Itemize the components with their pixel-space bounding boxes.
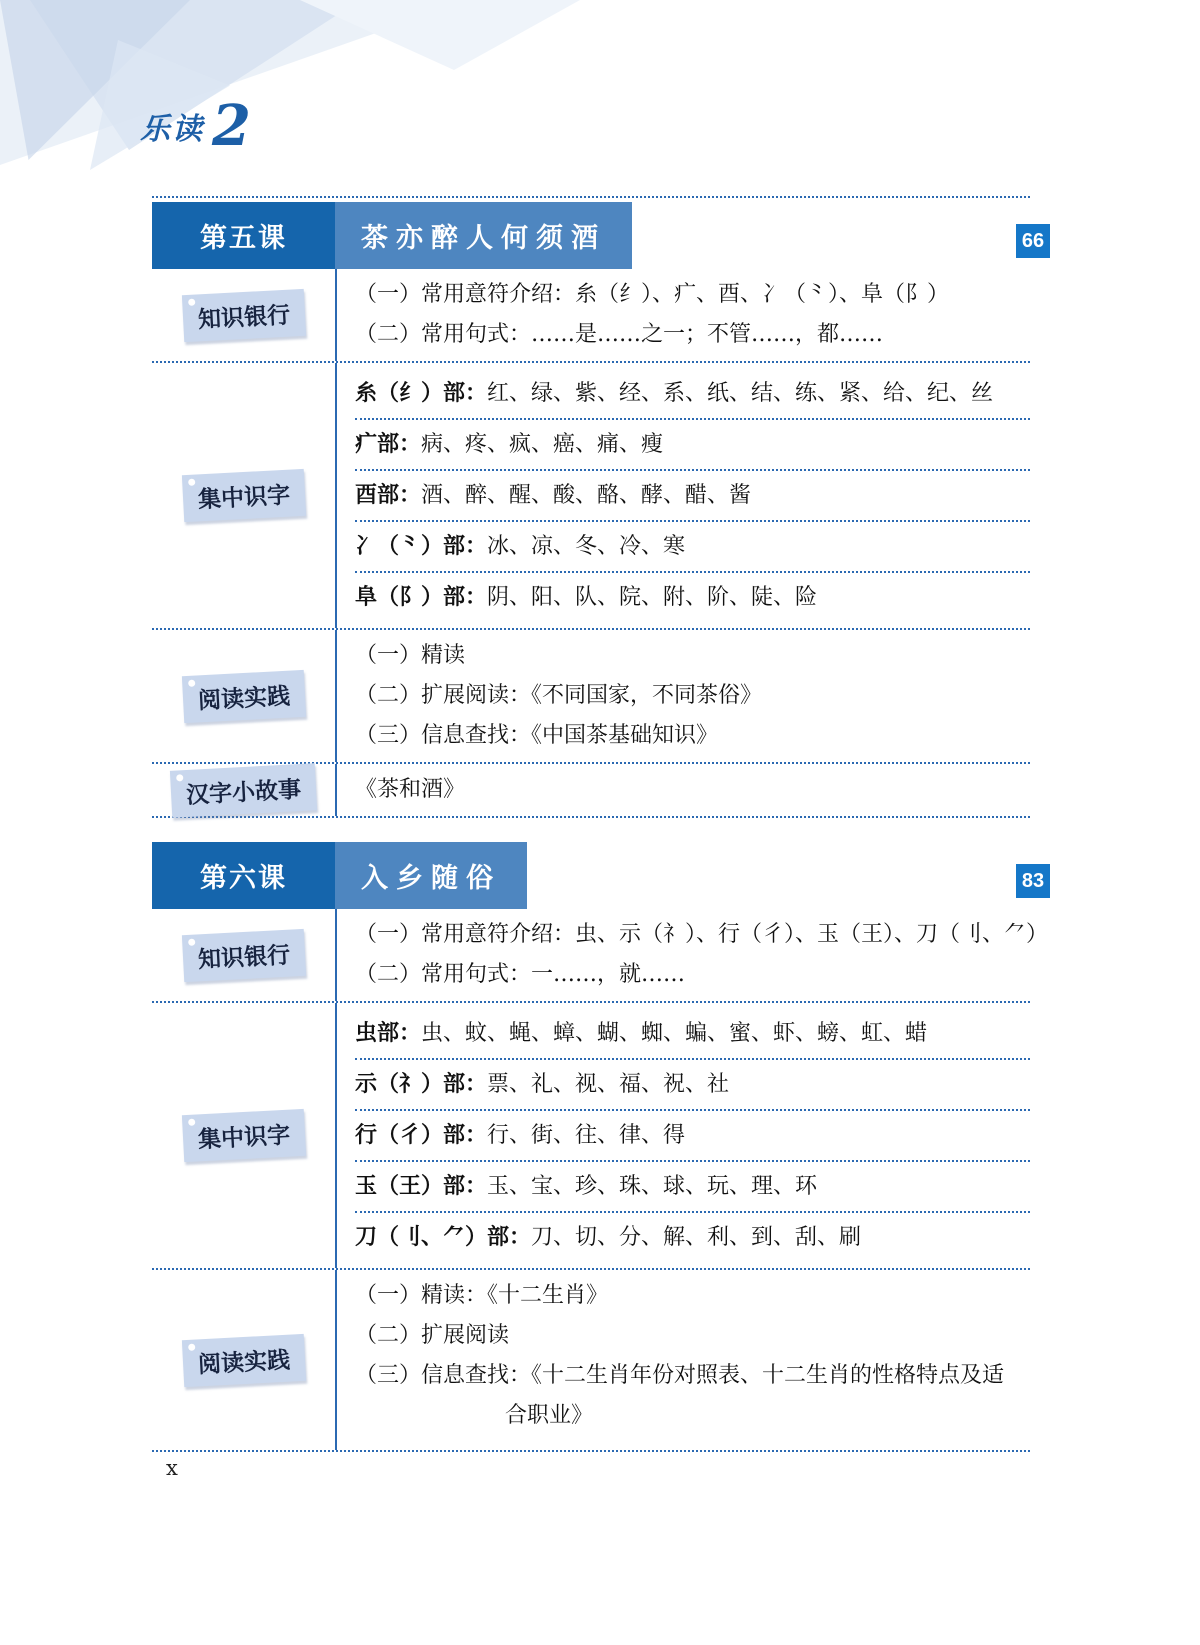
radical-prefix: 示（礻）部： — [355, 1071, 487, 1096]
section-content: （一）常用意符介绍：虫、示（礻）、行（彳）、玉（王）、刀（刂、⺈） （二）常用句… — [335, 909, 1048, 1001]
section-reading-practice: 阅读实践 （一）精读 （二）扩展阅读：《不同国家，不同茶俗》 （三）信息查找：《… — [152, 628, 1030, 762]
section-character-story: 汉字小故事 《茶和酒》 — [152, 762, 1030, 816]
radical-row: 虫部：虫、蚊、蝇、蟑、蝴、蜘、蝙、蜜、虾、螃、虹、蜡 — [355, 1009, 1030, 1058]
content-line: （二）常用句式：……是……之一；不管……，都…… — [355, 315, 1030, 355]
section-content: （一）常用意符介绍：糸（纟）、疒、酉、冫（⺀）、阜（阝） （二）常用句式：……是… — [335, 269, 1030, 361]
radical-prefix: 糸（纟）部： — [355, 380, 487, 405]
radical-row: 酉部：酒、醉、醒、酸、酪、酵、醋、酱 — [355, 469, 1030, 520]
lesson-title: 入乡随俗 — [335, 842, 527, 909]
book-logo: 乐读 2 — [140, 98, 251, 154]
radical-row: 刀（刂、⺈）部：刀、切、分、解、利、到、刮、刷 — [355, 1211, 1030, 1262]
footer-page-number: x — [166, 1456, 178, 1480]
radical-row: 行（彳）部：行、街、往、律、得 — [355, 1109, 1030, 1160]
content-line: （三）信息查找：《十二生肖年份对照表、十二生肖的性格特点及适 — [355, 1356, 1030, 1396]
radical-prefix: 虫部： — [355, 1020, 421, 1045]
content-line: （二）扩展阅读 — [355, 1316, 1030, 1356]
section-content: 糸（纟）部：红、绿、紫、经、系、纸、结、练、紧、给、纪、丝 疒部：病、疼、疯、癌… — [335, 363, 1030, 628]
book-logo-number: 2 — [212, 98, 251, 154]
section-label: 集中识字 — [152, 1003, 335, 1268]
section-label: 知识银行 — [152, 909, 335, 1001]
page-number-badge: 66 — [1016, 224, 1050, 258]
radical-chars: 行、街、往、律、得 — [487, 1123, 685, 1148]
radical-prefix: 冫（⺀）部： — [355, 533, 487, 558]
radical-row: 疒部：病、疼、疯、癌、痛、瘦 — [355, 418, 1030, 469]
radical-chars: 阴、阳、队、院、附、阶、陡、险 — [487, 585, 817, 610]
section-label: 集中识字 — [152, 363, 335, 628]
section-character-study: 集中识字 虫部：虫、蚊、蝇、蟑、蝴、蜘、蝙、蜜、虾、螃、虹、蜡 示（礻）部：票、… — [152, 1001, 1030, 1268]
radical-chars: 票、礼、视、福、祝、社 — [487, 1072, 729, 1097]
radical-chars: 酒、醉、醒、酸、酪、酵、醋、酱 — [421, 483, 751, 508]
radical-prefix: 玉（王）部： — [355, 1173, 487, 1198]
book-logo-text: 乐读 — [140, 104, 204, 148]
section-label: 阅读实践 — [152, 1270, 335, 1450]
content-line: （一）常用意符介绍：虫、示（礻）、行（彳）、玉（王）、刀（刂、⺈） — [355, 915, 1048, 955]
section-label: 汉字小故事 — [152, 764, 335, 816]
lesson-header: 第六课 入乡随俗 83 — [152, 842, 1030, 909]
section-label-tag: 阅读实践 — [181, 669, 305, 722]
section-knowledge-bank: 知识银行 （一）常用意符介绍：糸（纟）、疒、酉、冫（⺀）、阜（阝） （二）常用句… — [152, 269, 1030, 361]
lesson-card-6: 第六课 入乡随俗 83 知识银行 （一）常用意符介绍：虫、示（礻）、行（彳）、玉… — [152, 842, 1030, 1452]
content-line: （一）常用意符介绍：糸（纟）、疒、酉、冫（⺀）、阜（阝） — [355, 275, 1030, 315]
radical-prefix: 阜（阝）部： — [355, 584, 487, 609]
page-number-badge: 83 — [1016, 864, 1050, 898]
section-knowledge-bank: 知识银行 （一）常用意符介绍：虫、示（礻）、行（彳）、玉（王）、刀（刂、⺈） （… — [152, 909, 1030, 1001]
section-label-tag: 集中识字 — [181, 469, 305, 522]
radical-prefix: 疒部： — [355, 431, 421, 456]
section-label: 知识银行 — [152, 269, 335, 361]
radical-row: 示（礻）部：票、礼、视、福、祝、社 — [355, 1058, 1030, 1109]
section-label-tag: 知识银行 — [181, 288, 305, 341]
content-line: （三）信息查找：《中国茶基础知识》 — [355, 716, 1030, 756]
section-content: 虫部：虫、蚊、蝇、蟑、蝴、蜘、蝙、蜜、虾、螃、虹、蜡 示（礻）部：票、礼、视、福… — [335, 1003, 1030, 1268]
radical-prefix: 酉部： — [355, 482, 421, 507]
section-character-study: 集中识字 糸（纟）部：红、绿、紫、经、系、纸、结、练、紧、给、纪、丝 疒部：病、… — [152, 361, 1030, 628]
section-label-tag: 阅读实践 — [181, 1333, 305, 1386]
section-reading-practice: 阅读实践 （一）精读：《十二生肖》 （二）扩展阅读 （三）信息查找：《十二生肖年… — [152, 1268, 1030, 1450]
radical-chars: 玉、宝、珍、珠、球、玩、理、环 — [487, 1174, 817, 1199]
lesson-number: 第六课 — [152, 842, 335, 909]
content-line: （二）常用句式：一……，就…… — [355, 955, 1048, 995]
section-label-tag: 知识银行 — [181, 928, 305, 981]
content-line: （二）扩展阅读：《不同国家，不同茶俗》 — [355, 676, 1030, 716]
section-label: 阅读实践 — [152, 630, 335, 762]
radical-row: 冫（⺀）部：冰、凉、冬、冷、寒 — [355, 520, 1030, 571]
content-line-continuation: 合职业》 — [355, 1396, 1030, 1436]
content-line: （一）精读：《十二生肖》 — [355, 1276, 1030, 1316]
contents-page: 第五课 茶亦醉人何须酒 66 知识银行 （一）常用意符介绍：糸（纟）、疒、酉、冫… — [152, 196, 1030, 1452]
radical-row: 阜（阝）部：阴、阳、队、院、附、阶、陡、险 — [355, 571, 1030, 622]
lesson-title: 茶亦醉人何须酒 — [335, 202, 632, 269]
lesson-header: 第五课 茶亦醉人何须酒 66 — [152, 202, 1030, 269]
section-content: （一）精读：《十二生肖》 （二）扩展阅读 （三）信息查找：《十二生肖年份对照表、… — [335, 1270, 1030, 1450]
radical-chars: 刀、切、分、解、利、到、刮、刷 — [531, 1225, 861, 1250]
lesson-number: 第五课 — [152, 202, 335, 269]
lesson-card-5: 第五课 茶亦醉人何须酒 66 知识银行 （一）常用意符介绍：糸（纟）、疒、酉、冫… — [152, 196, 1030, 818]
content-line: 《茶和酒》 — [355, 770, 1030, 810]
radical-chars: 虫、蚊、蝇、蟑、蝴、蜘、蝙、蜜、虾、螃、虹、蜡 — [421, 1021, 927, 1046]
section-content: 《茶和酒》 — [335, 764, 1030, 816]
radical-chars: 红、绿、紫、经、系、纸、结、练、紧、给、纪、丝 — [487, 381, 993, 406]
section-content: （一）精读 （二）扩展阅读：《不同国家，不同茶俗》 （三）信息查找：《中国茶基础… — [335, 630, 1030, 762]
radical-prefix: 行（彳）部： — [355, 1122, 487, 1147]
radical-row: 玉（王）部：玉、宝、珍、珠、球、玩、理、环 — [355, 1160, 1030, 1211]
content-line: （一）精读 — [355, 636, 1030, 676]
radical-prefix: 刀（刂、⺈）部： — [355, 1224, 531, 1249]
section-label-tag: 集中识字 — [181, 1109, 305, 1162]
radical-row: 糸（纟）部：红、绿、紫、经、系、纸、结、练、紧、给、纪、丝 — [355, 369, 1030, 418]
section-label-tag: 汉字小故事 — [170, 763, 317, 818]
radical-chars: 冰、凉、冬、冷、寒 — [487, 534, 685, 559]
radical-chars: 病、疼、疯、癌、痛、瘦 — [421, 432, 663, 457]
decoration-triangle — [300, 0, 580, 70]
